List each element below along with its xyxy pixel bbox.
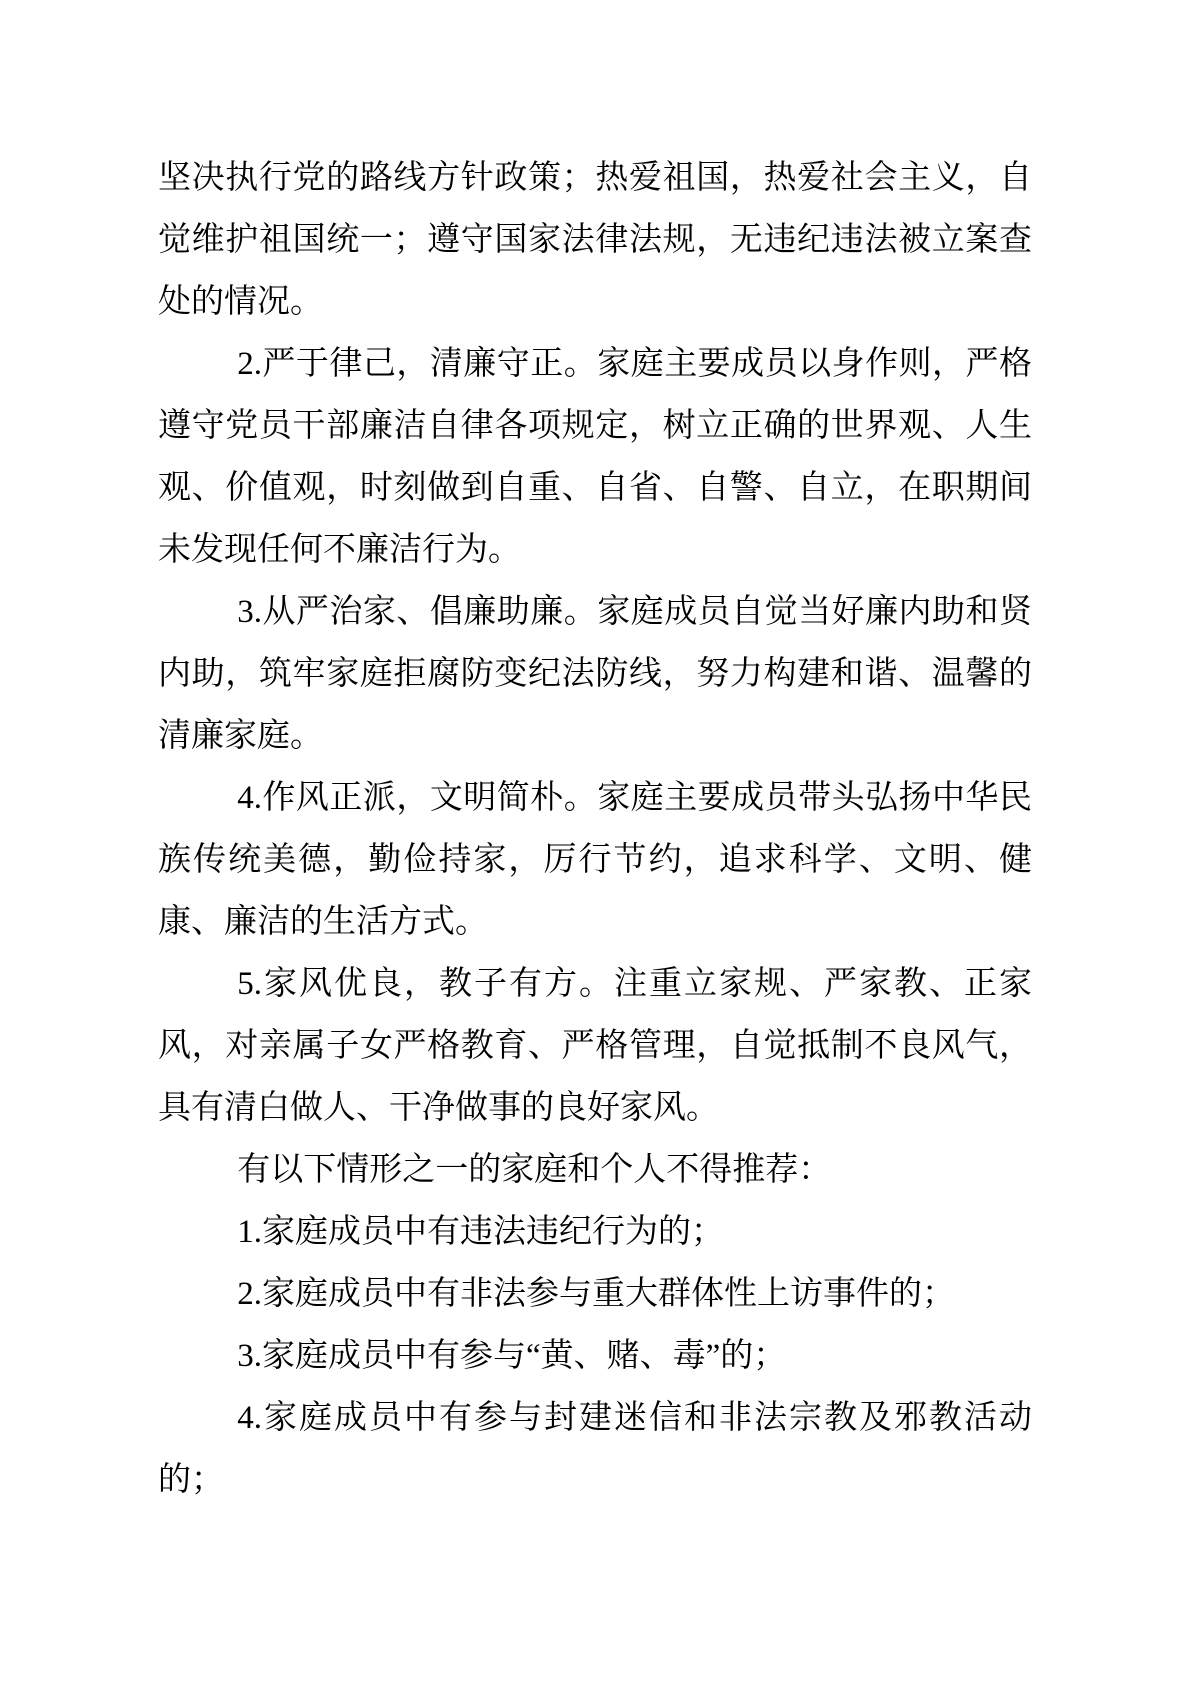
document-page: 坚决执行党的路线方针政策；热爱祖国，热爱社会主义，自觉维护祖国统一；遵守国家法律… — [0, 0, 1191, 1684]
paragraph-item-4: 4.作风正派，文明简朴。家庭主要成员带头弘扬中华民族传统美德，勤俭持家，厉行节约… — [158, 767, 1032, 953]
paragraph-exclusion-2: 2.家庭成员中有非法参与重大群体性上访事件的； — [158, 1263, 1032, 1325]
paragraph-item-3: 3.从严治家、倡廉助廉。家庭成员自觉当好廉内助和贤内助，筑牢家庭拒腐防变纪法防线… — [158, 581, 1032, 767]
paragraph-continuation: 坚决执行党的路线方针政策；热爱祖国，热爱社会主义，自觉维护祖国统一；遵守国家法律… — [158, 147, 1032, 333]
paragraph-exclusion-1: 1.家庭成员中有违法违纪行为的； — [158, 1201, 1032, 1263]
paragraph-item-5: 5.家风优良，教子有方。注重立家规、严家教、正家风，对亲属子女严格教育、严格管理… — [158, 953, 1032, 1139]
paragraph-exclusion-3: 3.家庭成员中有参与“黄、赌、毒”的； — [158, 1325, 1032, 1387]
paragraph-item-2: 2.严于律己，清廉守正。家庭主要成员以身作则，严格遵守党员干部廉洁自律各项规定，… — [158, 333, 1032, 581]
text-body: 坚决执行党的路线方针政策；热爱祖国，热爱社会主义，自觉维护祖国统一；遵守国家法律… — [158, 147, 1032, 1511]
paragraph-exclusion-4: 4.家庭成员中有参与封建迷信和非法宗教及邪教活动的； — [158, 1387, 1032, 1511]
paragraph-intro-exclusions: 有以下情形之一的家庭和个人不得推荐： — [158, 1139, 1032, 1201]
